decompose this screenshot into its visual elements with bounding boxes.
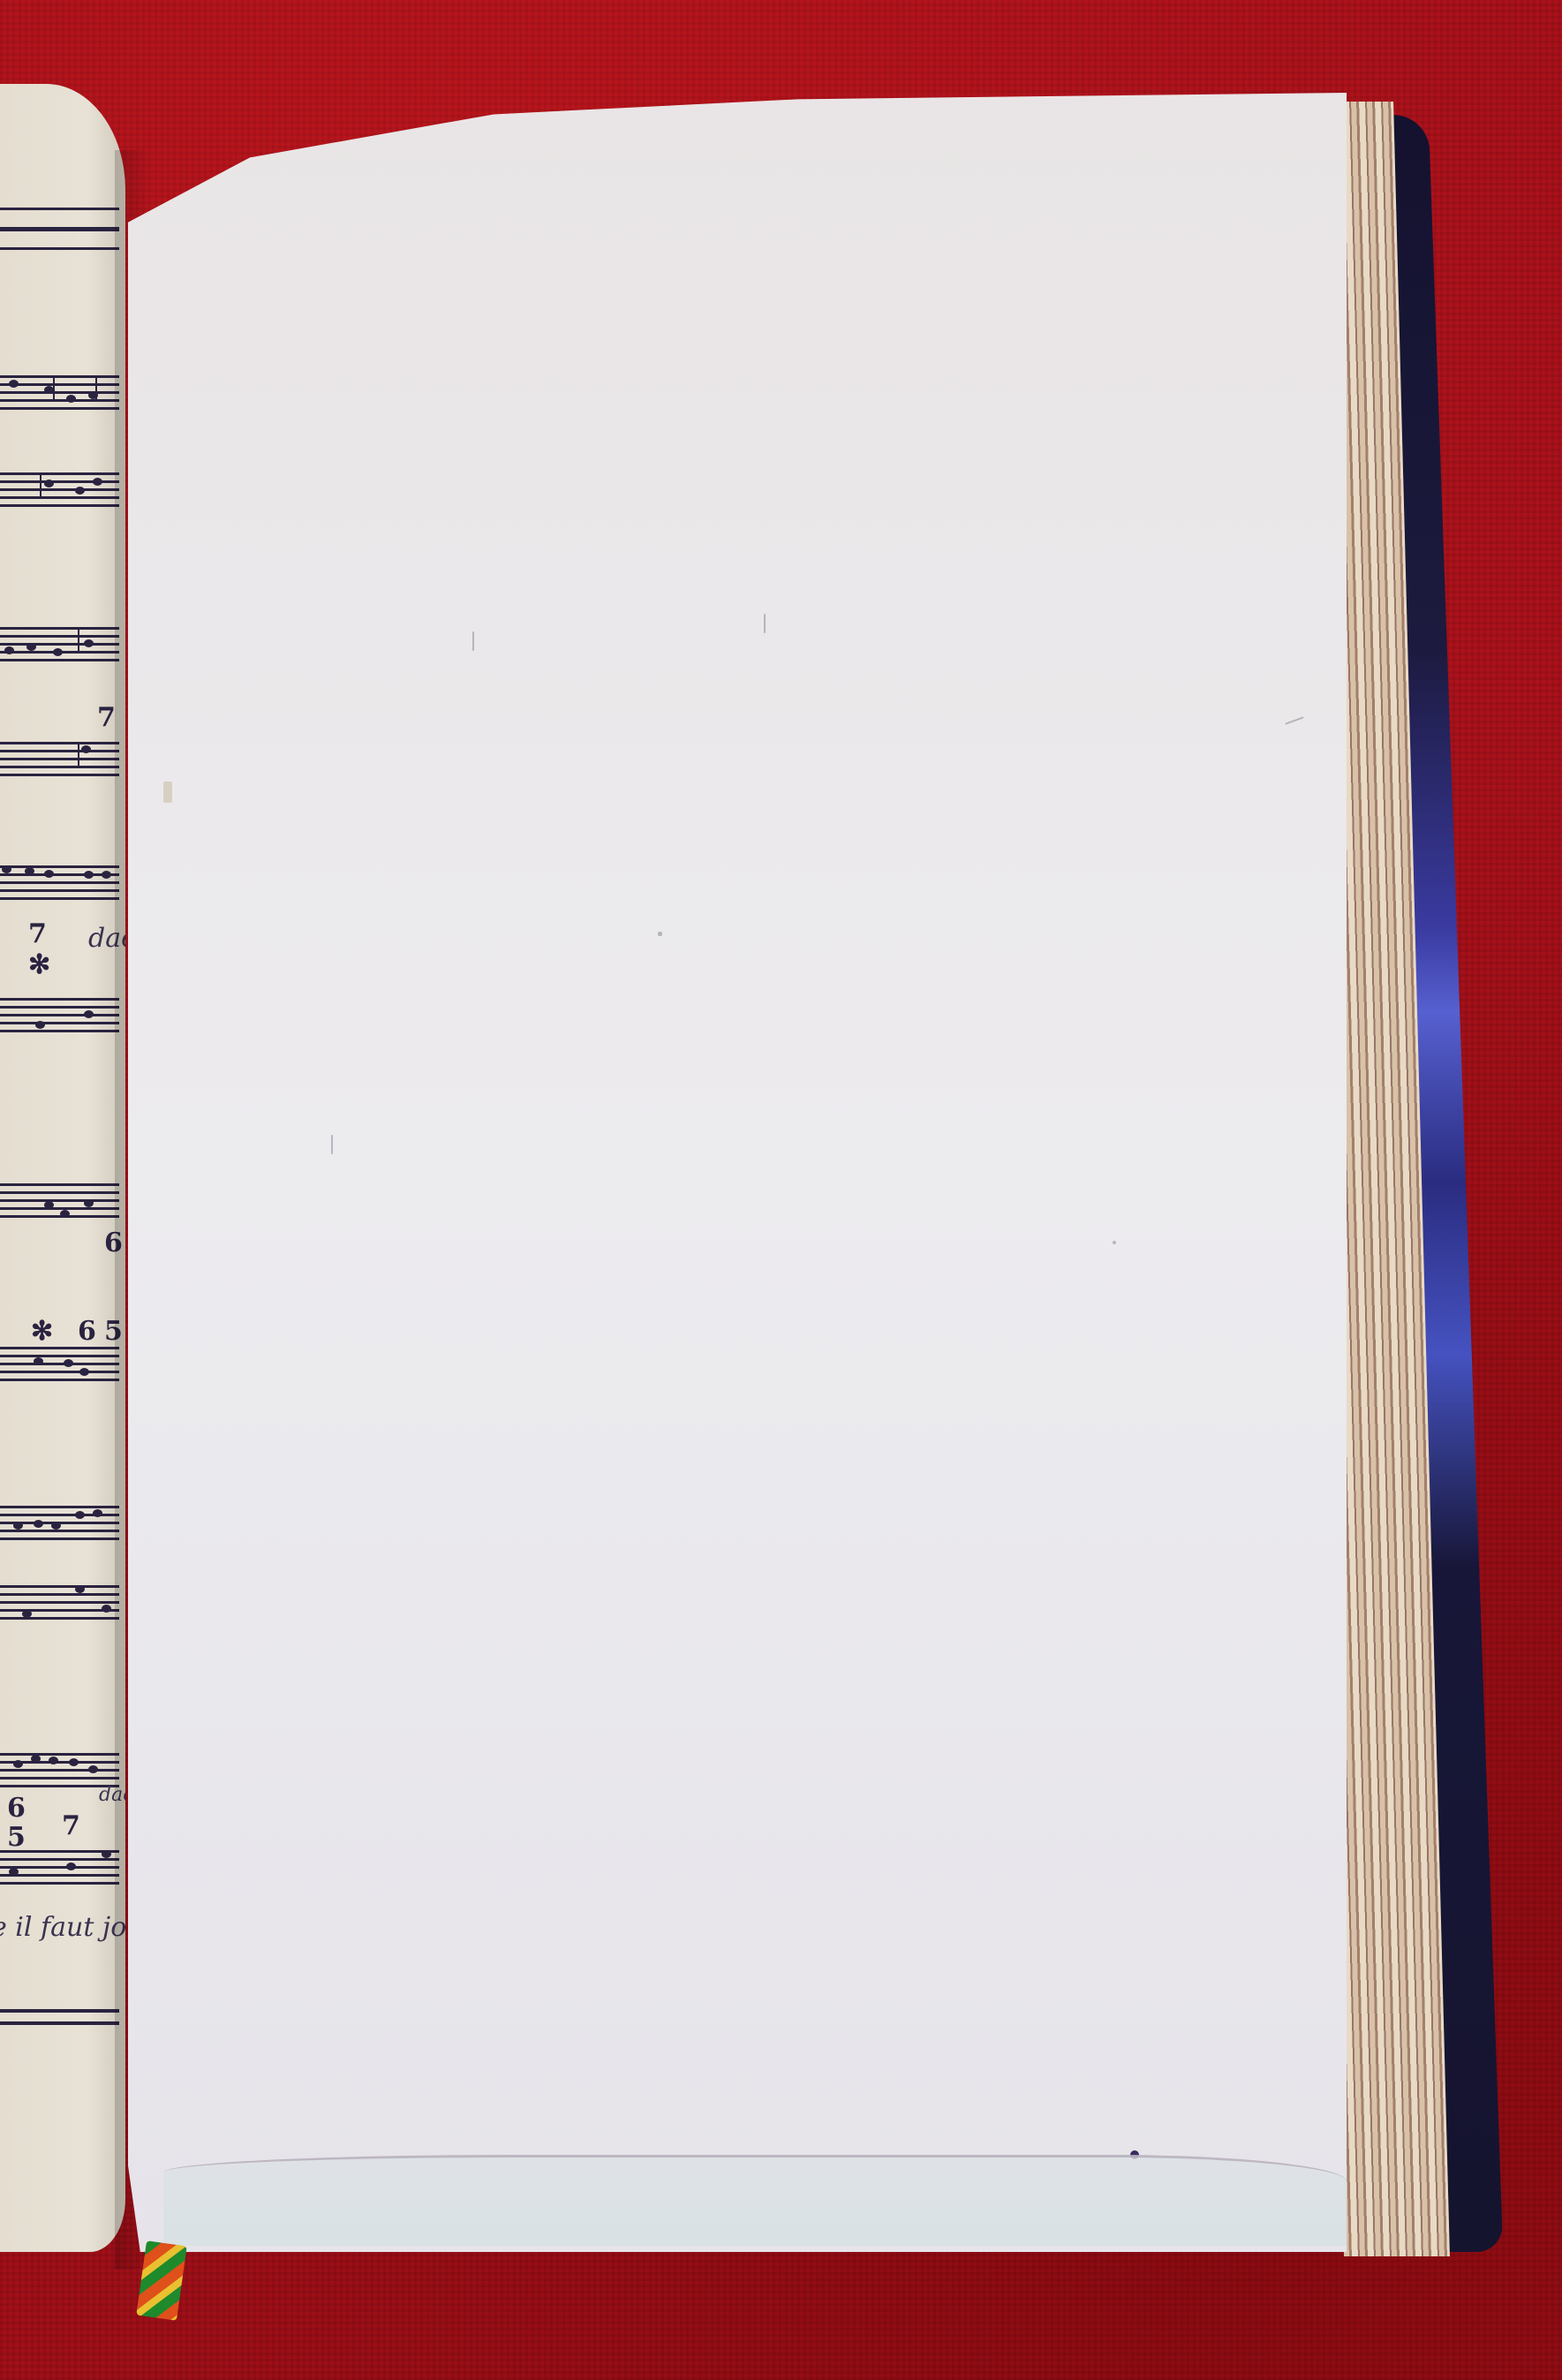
figured-bass-6: 6 <box>78 1316 96 1347</box>
paper-fiber <box>472 631 474 651</box>
paper-fiber <box>1285 716 1303 724</box>
music-staff <box>0 865 119 901</box>
header-rule <box>0 208 119 269</box>
annotation-il-faut-jouer: e il faut jouer <box>0 1912 125 1943</box>
figured-bass-5: 5 <box>7 1822 26 1853</box>
stain-spot <box>163 782 172 803</box>
figured-bass-sharp: ✻ <box>28 949 50 980</box>
music-staff <box>0 1183 119 1219</box>
water-stain-deckle-edge <box>163 2155 1347 2246</box>
paper-fiber <box>331 1135 333 1154</box>
music-staff <box>0 375 119 411</box>
paper-fiber <box>1113 1241 1116 1244</box>
figured-bass-7: 7 <box>97 702 116 733</box>
music-staff <box>0 1585 119 1621</box>
music-staff <box>0 1753 119 1788</box>
music-staff <box>0 998 119 1033</box>
figured-bass-sharp: ✻ <box>31 1316 53 1347</box>
figured-bass-7: 7 <box>62 1810 80 1841</box>
music-staff <box>0 1347 119 1382</box>
music-staff <box>0 627 119 662</box>
figured-bass-7: 7 <box>28 918 47 949</box>
music-staff <box>0 472 119 508</box>
figured-bass-6: 6 <box>7 1793 26 1824</box>
music-staff <box>0 1850 119 1885</box>
right-page-blank <box>128 93 1347 2252</box>
music-staff <box>0 1506 119 1541</box>
paper-fiber <box>658 932 662 936</box>
footer-rule <box>0 2009 119 2044</box>
paper-fiber <box>764 614 766 633</box>
music-staff <box>0 742 119 777</box>
left-page: 7 7 ✻ daco 6 ✻ 6 5 6 5 7 daco e <box>0 84 125 2252</box>
